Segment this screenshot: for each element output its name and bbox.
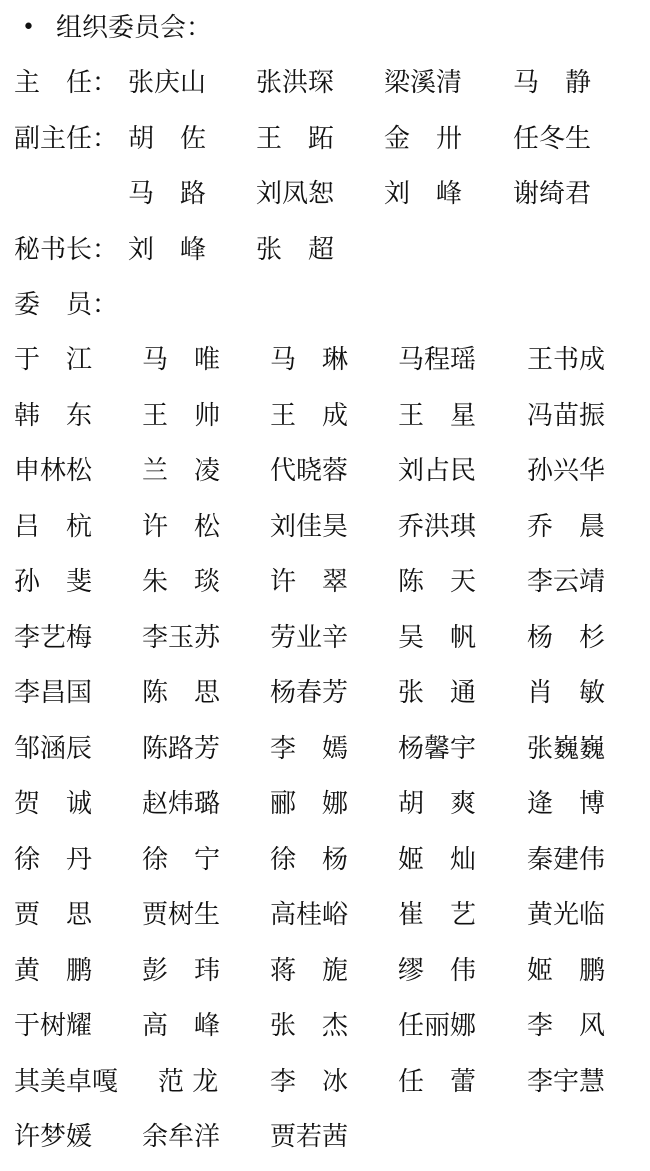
member-name: 劳业辛 xyxy=(270,618,348,658)
member-name: 彭 玮 xyxy=(142,951,220,991)
officer-name: 马 静 xyxy=(513,63,591,103)
member-name: 刘占民 xyxy=(398,451,476,491)
member-name: 赵炜璐 xyxy=(142,784,220,824)
member-name: 陈 天 xyxy=(398,562,476,602)
officer-role-label: 副主任： xyxy=(14,119,118,159)
member-name: 乔 晨 xyxy=(527,507,605,547)
officer-name: 刘 峰 xyxy=(384,174,462,214)
member-name: 申林松 xyxy=(14,451,92,491)
member-name: 李宇慧 xyxy=(527,1062,605,1102)
member-name: 其美卓嘎 xyxy=(14,1062,118,1102)
officer-name: 刘凤恕 xyxy=(256,174,334,214)
member-name: 秦建伟 xyxy=(527,840,605,880)
member-name: 高 峰 xyxy=(142,1006,220,1046)
member-name: 李玉苏 xyxy=(142,618,220,658)
member-name: 王 帅 xyxy=(142,396,220,436)
officer-name: 梁溪清 xyxy=(384,63,462,103)
member-name: 王 成 xyxy=(270,396,348,436)
officer-role-label: 主 任： xyxy=(14,63,118,103)
member-name: 马 唯 xyxy=(142,340,220,380)
member-name: 刘佳昊 xyxy=(270,507,348,547)
member-name: 王书成 xyxy=(527,340,605,380)
member-name: 李 风 xyxy=(527,1006,605,1046)
member-name: 余牟洋 xyxy=(142,1117,220,1157)
member-name: 蒋 旎 xyxy=(270,951,348,991)
member-name: 陈路芳 xyxy=(142,729,220,769)
officer-name: 张庆山 xyxy=(128,63,206,103)
bullet-icon: • xyxy=(22,8,35,48)
member-name: 姬 鹏 xyxy=(527,951,605,991)
officer-name: 张洪琛 xyxy=(256,63,334,103)
member-name: 徐 宁 xyxy=(142,840,220,880)
member-name: 张 杰 xyxy=(270,1006,348,1046)
member-name: 李艺梅 xyxy=(14,618,92,658)
officer-name: 马 路 xyxy=(128,174,206,214)
member-name: 徐 杨 xyxy=(270,840,348,880)
member-name: 崔 艺 xyxy=(398,895,476,935)
member-name: 范 龙 xyxy=(158,1062,218,1102)
member-name: 逄 博 xyxy=(527,784,605,824)
member-name: 兰 凌 xyxy=(142,451,220,491)
member-name: 任 蕾 xyxy=(398,1062,476,1102)
member-name: 孙 斐 xyxy=(14,562,92,602)
member-name: 许 松 xyxy=(142,507,220,547)
member-name: 张巍巍 xyxy=(527,729,605,769)
member-name: 杨馨宇 xyxy=(398,729,476,769)
member-name: 代晓蓉 xyxy=(270,451,348,491)
member-name: 姬 灿 xyxy=(398,840,476,880)
member-name: 乔洪琪 xyxy=(398,507,476,547)
officer-name: 胡 佐 xyxy=(128,119,206,159)
member-name: 贾 思 xyxy=(14,895,92,935)
officer-name: 张 超 xyxy=(256,230,334,270)
member-name: 郦 娜 xyxy=(270,784,348,824)
member-name: 于树耀 xyxy=(14,1006,92,1046)
member-name: 吕 杭 xyxy=(14,507,92,547)
member-name: 肖 敏 xyxy=(527,673,605,713)
member-name: 张 通 xyxy=(398,673,476,713)
member-name: 徐 丹 xyxy=(14,840,92,880)
member-name: 陈 思 xyxy=(142,673,220,713)
member-name: 于 江 xyxy=(14,340,92,380)
member-name: 吴 帆 xyxy=(398,618,476,658)
member-name: 马程瑶 xyxy=(398,340,476,380)
member-name: 邹涵辰 xyxy=(14,729,92,769)
member-name: 冯苗振 xyxy=(527,396,605,436)
member-name: 杨 杉 xyxy=(527,618,605,658)
member-name: 缪 伟 xyxy=(398,951,476,991)
member-name: 王 星 xyxy=(398,396,476,436)
member-name: 贺 诚 xyxy=(14,784,92,824)
officer-name: 刘 峰 xyxy=(128,230,206,270)
member-name: 李昌国 xyxy=(14,673,92,713)
member-name: 杨春芳 xyxy=(270,673,348,713)
member-name: 马 琳 xyxy=(270,340,348,380)
member-name: 黄光临 xyxy=(527,895,605,935)
member-name: 李 嫣 xyxy=(270,729,348,769)
member-name: 贾若茜 xyxy=(270,1117,348,1157)
officer-name: 王 跖 xyxy=(256,119,334,159)
officer-role-label: 秘书长： xyxy=(14,230,118,270)
member-name: 高桂峪 xyxy=(270,895,348,935)
member-name: 黄 鹏 xyxy=(14,951,92,991)
officer-name: 金 卅 xyxy=(384,119,462,159)
member-name: 许 翠 xyxy=(270,562,348,602)
member-name: 韩 东 xyxy=(14,396,92,436)
member-name: 胡 爽 xyxy=(398,784,476,824)
member-name: 任丽娜 xyxy=(398,1006,476,1046)
member-name: 孙兴华 xyxy=(527,451,605,491)
section-title: 组织委员会： xyxy=(56,8,212,48)
member-name: 李 冰 xyxy=(270,1062,348,1102)
member-name: 贾树生 xyxy=(142,895,220,935)
member-name: 朱 琰 xyxy=(142,562,220,602)
officer-name: 谢绮君 xyxy=(513,174,591,214)
officer-name: 任冬生 xyxy=(513,119,591,159)
members-label: 委 员： xyxy=(14,285,118,325)
member-name: 许梦媛 xyxy=(14,1117,92,1157)
member-name: 李云靖 xyxy=(527,562,605,602)
